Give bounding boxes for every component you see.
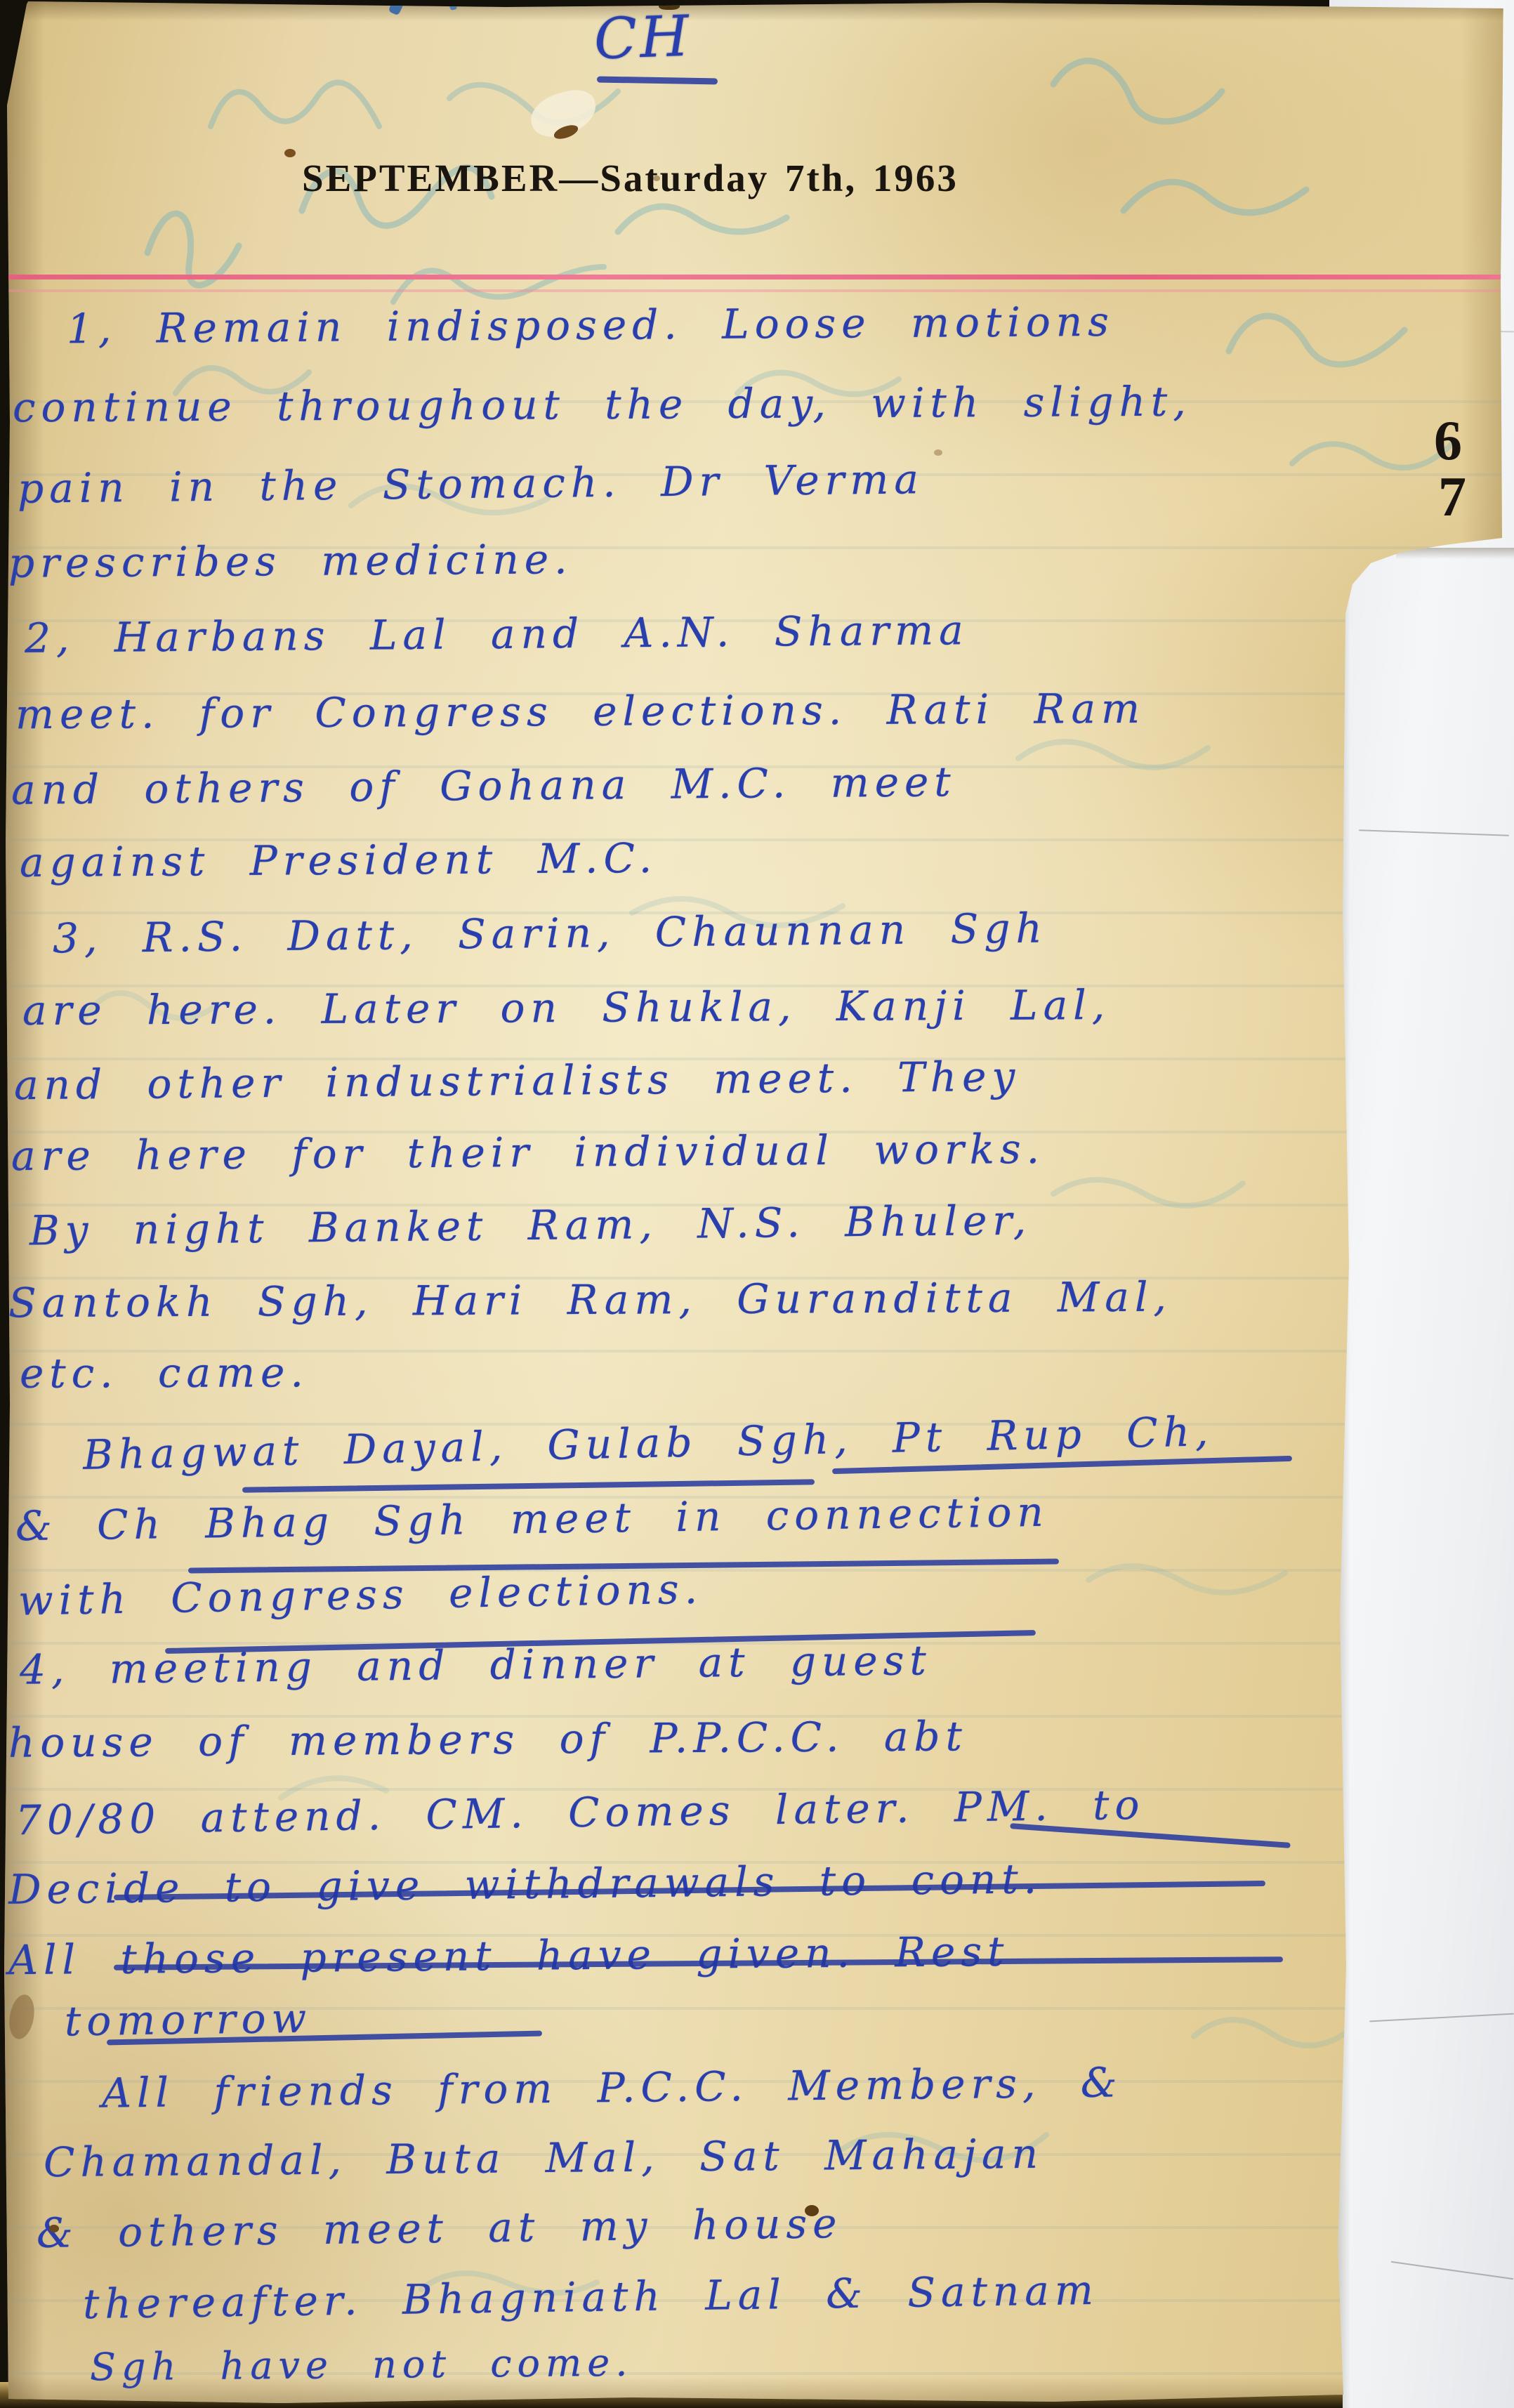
diary-line: 3, R.S. Datt, Sarin, Chaunnan Sgh [53, 907, 1048, 962]
diary-line: 1, Remain indisposed. Loose motions [67, 300, 1114, 352]
diary-line: 70/80 attend. CM. Comes later. PM. to [15, 1783, 1145, 1843]
diary-line: with Congress elections. [18, 1567, 704, 1624]
diary-line: All those present have given. Rest [8, 1930, 1010, 1983]
head-rule [0, 275, 1503, 279]
diary-line: continue throughout the day, with slight… [13, 380, 1192, 431]
diary-line: Santokh Sgh, Hari Ram, Guranditta Mal, [8, 1275, 1172, 1326]
printed-date-header: SEPTEMBER—Saturday 7th, 1963 [302, 156, 959, 200]
fore-edge-shading [1461, 0, 1503, 542]
paper-stain [284, 149, 296, 157]
ink-underline [1010, 1823, 1291, 1848]
paper-stain [6, 1993, 38, 2041]
paper-crease [1359, 829, 1509, 836]
diary-line: Sgh have not come. [90, 2342, 633, 2388]
tab-number-6: 6 [1434, 413, 1462, 469]
diary-line: against President M.C. [20, 836, 658, 886]
diary-line: & Ch Bhag Sgh meet in connection [15, 1490, 1050, 1549]
diary-line: and others of Gohana M.C. meet [11, 760, 956, 813]
paper-crease [1369, 2013, 1514, 2022]
paper-stain [49, 2225, 59, 2232]
diary-line: are here. Later on Shukla, Kanji Lal, [22, 983, 1110, 1034]
ink-mark [449, 0, 457, 11]
diary-line: By night Banket Ram, N.S. Bhuler, [29, 1199, 1032, 1254]
ink-underline [242, 1479, 815, 1492]
diary-line: etc. came. [20, 1350, 309, 1396]
diary-line: thereafter. Bhagniath Lal & Satnam [83, 2268, 1100, 2327]
diary-line: 2, Harbans Lal and A.N. Sharma [25, 608, 969, 662]
paper-crease [1391, 2261, 1514, 2279]
diary-line: All friends from P.C.C. Members, & [102, 2060, 1123, 2116]
diary-line: pain in the Stomach. Dr Verma [18, 457, 925, 511]
diary-line: meet. for Congress elections. Rati Ram [15, 687, 1145, 737]
diary-line: and other industrialists meet. They [14, 1055, 1021, 1108]
head-rule-echo [0, 289, 1503, 292]
ink-underline [597, 76, 718, 84]
diary-line: & others meet at my house [37, 2202, 843, 2256]
diary-line: are here for their individual works. [11, 1127, 1045, 1179]
tab-number-7: 7 [1438, 469, 1466, 525]
ink-annotation-ch: CH [593, 6, 693, 71]
paper-stain [805, 2205, 819, 2216]
diary-line: prescribes medicine. [8, 537, 573, 586]
diary-line: house of members of P.P.C.C. abt [8, 1714, 968, 1765]
paper-stain [653, 176, 660, 181]
diary-page: SEPTEMBER—Saturday 7th, 1963 6 7 CH 1, R… [0, 0, 1514, 2408]
paper-stain [659, 1, 680, 10]
ink-mark [388, 0, 404, 15]
diary-line: Chamandal, Buta Mal, Sat Mahajan [44, 2132, 1044, 2185]
paper-stain [934, 449, 942, 456]
